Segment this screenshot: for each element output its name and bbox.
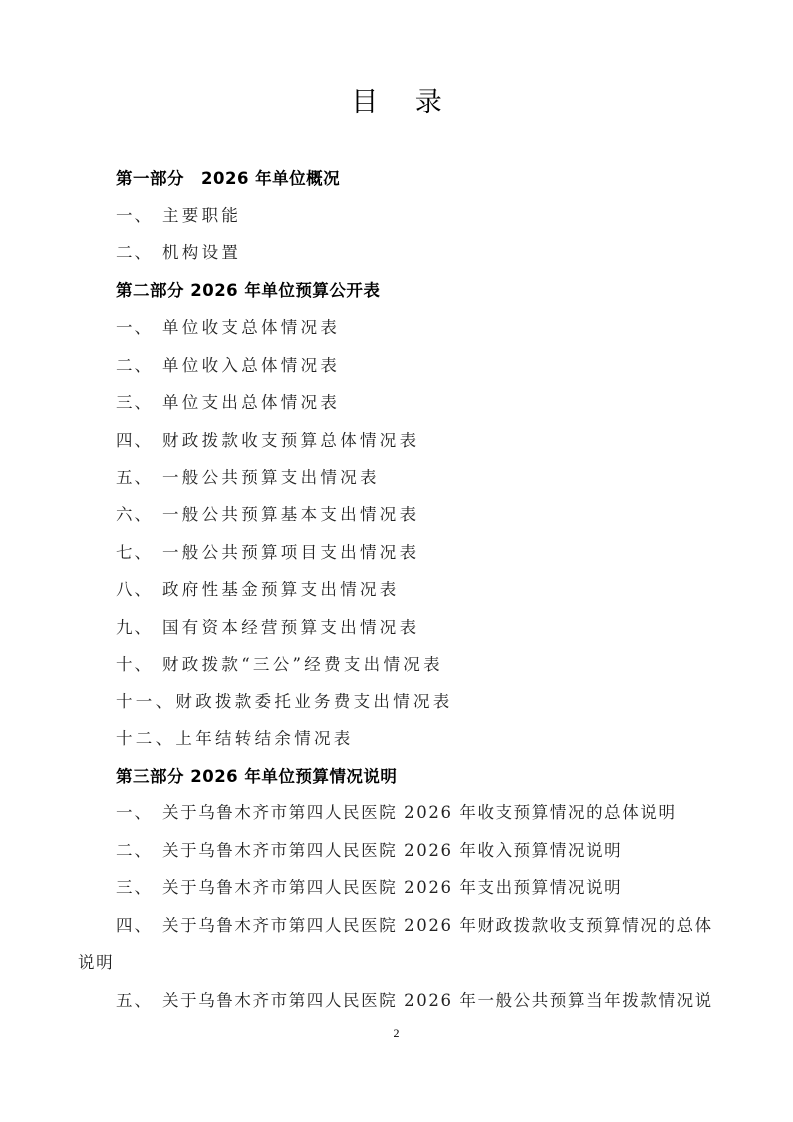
toc-item: 九、国有资本经营预算支出情况表	[116, 617, 419, 639]
toc-item: 一、关于乌鲁木齐市第四人民医院 2026 年收支预算情况的总体说明	[116, 802, 677, 824]
item-text: 关于乌鲁木齐市第四人民医院 2026 年收入预算情况说明	[162, 841, 622, 860]
item-number: 六、	[116, 504, 162, 526]
item-text: 主要职能	[162, 206, 241, 225]
part-3-heading: 第三部分 2026 年单位预算情况说明	[116, 766, 397, 788]
item-number: 十二、	[116, 728, 175, 750]
item-number: 三、	[116, 877, 162, 899]
toc-item: 十、财政拨款“三公”经费支出情况表	[116, 654, 443, 676]
item-text: 政府性基金预算支出情况表	[162, 580, 400, 599]
item-text: 关于乌鲁木齐市第四人民医院 2026 年支出预算情况说明	[162, 878, 622, 897]
item-number: 一、	[116, 317, 162, 339]
item-number: 九、	[116, 617, 162, 639]
item-number: 十、	[116, 654, 162, 676]
toc-item: 三、单位支出总体情况表	[116, 392, 340, 414]
item-text: 单位收入总体情况表	[162, 356, 340, 375]
page-number: 2	[0, 1026, 793, 1041]
toc-item: 四、财政拨款收支预算总体情况表	[116, 430, 419, 452]
toc-item: 一、单位收支总体情况表	[116, 317, 340, 339]
item-number: 一、	[116, 205, 162, 227]
item-number: 八、	[116, 579, 162, 601]
item-number: 二、	[116, 840, 162, 862]
part-1-heading: 第一部分 2026 年单位概况	[116, 168, 340, 190]
toc-item: 四、关于乌鲁木齐市第四人民医院 2026 年财政拨款收支预算情况的总体	[116, 915, 713, 937]
item-text: 单位支出总体情况表	[162, 393, 340, 412]
item-text: 关于乌鲁木齐市第四人民医院 2026 年财政拨款收支预算情况的总体	[162, 916, 713, 935]
toc-item-continuation: 说明	[78, 952, 114, 974]
item-number: 五、	[116, 467, 162, 489]
item-text: 单位收支总体情况表	[162, 318, 340, 337]
toc-item: 五、关于乌鲁木齐市第四人民医院 2026 年一般公共预算当年拨款情况说	[116, 990, 713, 1012]
item-number: 五、	[116, 990, 162, 1012]
toc-item: 五、一般公共预算支出情况表	[116, 467, 380, 489]
item-number: 十一、	[116, 691, 175, 713]
item-number: 二、	[116, 242, 162, 264]
toc-item: 十二、上年结转结余情况表	[116, 728, 354, 750]
toc-item: 八、政府性基金预算支出情况表	[116, 579, 400, 601]
item-number: 四、	[116, 430, 162, 452]
item-text: 一般公共预算项目支出情况表	[162, 543, 419, 562]
item-text: 机构设置	[162, 243, 241, 262]
item-text: 财政拨款收支预算总体情况表	[162, 431, 419, 450]
part-2-heading: 第二部分 2026 年单位预算公开表	[116, 280, 380, 302]
toc-item: 十一、财政拨款委托业务费支出情况表	[116, 691, 453, 713]
page-title: 目 录	[0, 80, 793, 119]
toc-item: 二、关于乌鲁木齐市第四人民医院 2026 年收入预算情况说明	[116, 840, 622, 862]
toc-item: 七、一般公共预算项目支出情况表	[116, 542, 419, 564]
item-text: 关于乌鲁木齐市第四人民医院 2026 年收支预算情况的总体说明	[162, 803, 677, 822]
item-number: 一、	[116, 802, 162, 824]
item-number: 三、	[116, 392, 162, 414]
toc-item: 一、主要职能	[116, 205, 241, 227]
item-text: 一般公共预算基本支出情况表	[162, 505, 419, 524]
item-text: 财政拨款“三公”经费支出情况表	[162, 655, 443, 674]
item-number: 四、	[116, 915, 162, 937]
toc-item: 二、机构设置	[116, 242, 241, 264]
item-text: 国有资本经营预算支出情况表	[162, 618, 419, 637]
toc-item: 六、一般公共预算基本支出情况表	[116, 504, 419, 526]
item-number: 二、	[116, 355, 162, 377]
item-text: 关于乌鲁木齐市第四人民医院 2026 年一般公共预算当年拨款情况说	[162, 991, 713, 1010]
toc-item: 三、关于乌鲁木齐市第四人民医院 2026 年支出预算情况说明	[116, 877, 622, 899]
item-text: 上年结转结余情况表	[175, 729, 353, 748]
item-number: 七、	[116, 542, 162, 564]
toc-item: 二、单位收入总体情况表	[116, 355, 340, 377]
item-text: 财政拨款委托业务费支出情况表	[175, 692, 452, 711]
item-text: 一般公共预算支出情况表	[162, 468, 380, 487]
